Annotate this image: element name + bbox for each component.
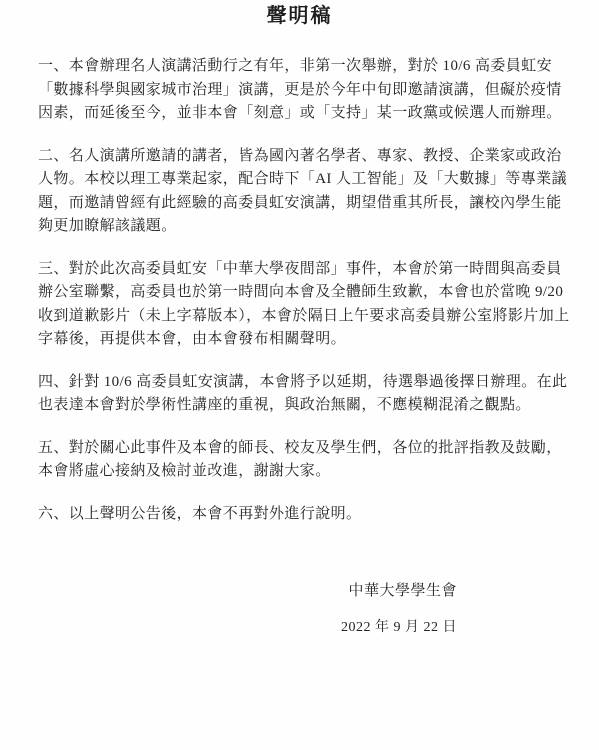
text-line: 也表達本會對於學術性講座的重視，與政治無關，不應模糊混淆之觀點。 [38,394,569,418]
text-line: 因素，而延後至今，並非本會「刻意」或「支持」某一政黨或候選人而辦理。 [38,102,569,126]
statement-paragraph-2: 二、名人演講所邀請的講者，皆為國內著名學者、專家、教授、企業家或政治 人物。本校… [38,145,569,239]
document-date: 2022 年 9 月 22 日 [38,616,457,639]
text-line: 人物。本校以理工專業起家，配合時下「AI 人工智能」及「大數據」等專業議 [38,168,569,192]
text-line: 辦公室聯繫，高委員也於第一時間向本會及全體師生致歉，本會也於當晚 9/20 [38,281,569,305]
text-line: 六、以上聲明公告後，本會不再對外進行說明。 [38,503,569,527]
document-title: 聲明稿 [0,0,599,29]
text-line: 本會將虛心接納及檢討並改進，謝謝大家。 [38,460,569,484]
text-line: 夠更加瞭解該議題。 [38,215,569,239]
document-body: 一、本會辦理名人演講活動行之有年，非第一次舉辦，對於 10/6 高委員虹安 「數… [0,55,599,639]
statement-paragraph-6: 六、以上聲明公告後，本會不再對外進行說明。 [38,503,569,527]
text-line: 二、名人演講所邀請的講者，皆為國內著名學者、專家、教授、企業家或政治 [38,145,569,169]
signature-block: 中華大學學生會 2022 年 9 月 22 日 [38,580,569,639]
text-line: 一、本會辦理名人演講活動行之有年，非第一次舉辦，對於 10/6 高委員虹安 [38,55,569,79]
text-line: 「數據科學與國家城市治理」演講，更是於今年中旬即邀請演講，但礙於疫情 [38,79,569,103]
text-line: 五、對於關心此事件及本會的師長、校友及學生們，各位的批評指教及鼓勵， [38,437,569,461]
signature-organization: 中華大學學生會 [38,580,457,604]
statement-paragraph-3: 三、對於此次高委員虹安「中華大學夜間部」事件，本會於第一時間與高委員 辦公室聯繫… [38,258,569,352]
text-line: 三、對於此次高委員虹安「中華大學夜間部」事件，本會於第一時間與高委員 [38,258,569,282]
statement-paragraph-4: 四、針對 10/6 高委員虹安演講，本會將予以延期，待選舉過後擇日辦理。在此 也… [38,371,569,418]
statement-paragraph-5: 五、對於關心此事件及本會的師長、校友及學生們，各位的批評指教及鼓勵， 本會將虛心… [38,437,569,484]
text-line: 收到道歉影片（未上字幕版本），本會於隔日上午要求高委員辦公室將影片加上 [38,305,569,329]
statement-paragraph-1: 一、本會辦理名人演講活動行之有年，非第一次舉辦，對於 10/6 高委員虹安 「數… [38,55,569,126]
text-line: 四、針對 10/6 高委員虹安演講，本會將予以延期，待選舉過後擇日辦理。在此 [38,371,569,395]
statement-document-page: 聲明稿 一、本會辦理名人演講活動行之有年，非第一次舉辦，對於 10/6 高委員虹… [0,0,599,750]
text-line: 字幕後，再提供本會，由本會發布相關聲明。 [38,328,569,352]
text-line: 題，而邀請曾經有此經驗的高委員虹安演講，期望借重其所長，讓校內學生能 [38,192,569,216]
